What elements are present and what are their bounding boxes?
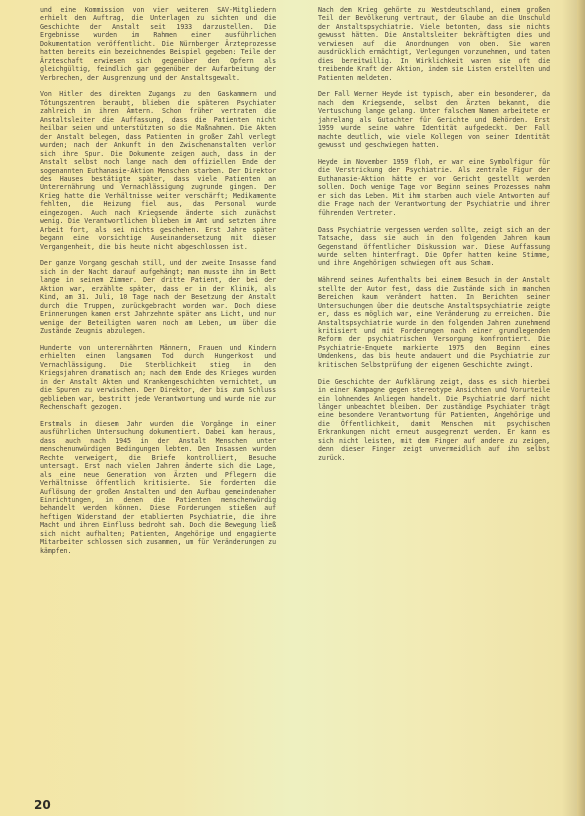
paragraph: Nach dem Krieg gehörte zu Westdeutschlan… <box>318 6 550 82</box>
paragraph: Der ganze Vorgang geschah still, und der… <box>40 259 276 335</box>
paragraph: Hunderte von unterernährten Männern, Fra… <box>40 344 276 412</box>
paragraph: Dass Psychiatrie vergessen werden sollte… <box>318 226 550 268</box>
paragraph: Der Fall Werner Heyde ist typisch, aber … <box>318 90 550 149</box>
paragraph: Die Geschichte der Aufklärung zeigt, das… <box>318 378 550 463</box>
paragraph: Erstmals in diesem Jahr wurden die Vorgä… <box>40 420 276 555</box>
paragraph: Von Hitler des direkten Zugangs zu den G… <box>40 90 276 251</box>
right-column: Nach dem Krieg gehörte zu Westdeutschlan… <box>318 6 550 471</box>
page-number: 20 <box>34 798 51 812</box>
paragraph: Während seines Aufenthalts bei einem Bes… <box>318 276 550 369</box>
page-edge <box>577 0 585 816</box>
left-column: und eine Kommission von vier weiteren SA… <box>40 6 276 564</box>
paragraph: und eine Kommission von vier weiteren SA… <box>40 6 276 82</box>
paragraph: Heyde im November 1959 floh, er war eine… <box>318 158 550 217</box>
